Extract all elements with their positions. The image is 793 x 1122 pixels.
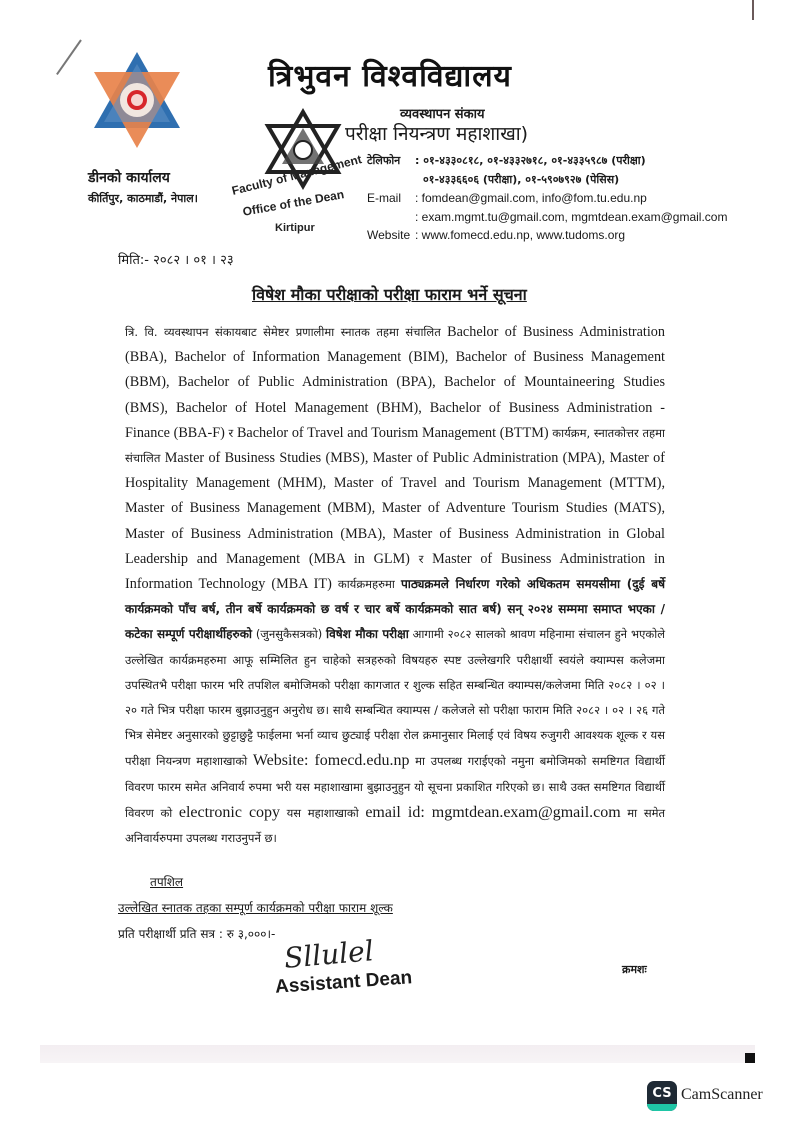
branch-name: परीक्षा नियन्त्रण महाशाखा): [345, 120, 528, 146]
office-address: कीर्तिपुर, काठमाडौं, नेपाल।: [88, 191, 198, 206]
body-segment: (जुनसुकैसत्रको): [256, 627, 322, 641]
annex-subheading: उल्लेखित स्नातक तहका सम्पूर्ण कार्यक्रमक…: [118, 899, 393, 916]
phone-line-2: ०१-४३३६६०६ (परीक्षा), ०१-५९०७९२७ (पेसिस): [415, 171, 727, 190]
email-line-1: : fomdean@gmail.com, info@fom.tu.edu.np: [415, 189, 727, 208]
website-label: Website: [367, 226, 415, 245]
program-bttm: Bachelor of Travel and Tourism Managemen…: [237, 425, 549, 441]
scan-edge-mark: [752, 0, 754, 20]
body-segment: र: [229, 426, 234, 440]
notice-body: त्रि. वि. व्यवस्थापन संकायबाट सेमेष्टर प…: [125, 320, 665, 851]
program-list-master: Master of Business Studies (MBS), Master…: [125, 450, 665, 567]
body-segment: त्रि. वि. व्यवस्थापन संकायबाट सेमेष्टर प…: [125, 325, 441, 339]
scan-shadow: [40, 1045, 755, 1063]
signature: Sllulel: [283, 934, 375, 975]
office-stamp: Faculty of Management Office of the Dean…: [230, 160, 370, 240]
scan-corner-mark: [745, 1053, 755, 1063]
email-line-2: : exam.mgmt.tu@gmail.com, mgmtdean.exam@…: [415, 208, 727, 227]
tu-logo-icon: [92, 50, 182, 150]
website-line: : www.fomecd.edu.np, www.tudoms.org: [415, 226, 727, 245]
office-name: डीनको कार्यालय: [88, 168, 198, 187]
stamp-line-location: Kirtipur: [275, 222, 315, 234]
body-segment: कार्यक्रमहरुमा: [338, 577, 395, 591]
annex-heading: तपशिल: [150, 873, 183, 890]
fee-line: प्रति परीक्षार्थी प्रति सत्र : रु ३,०००।…: [118, 925, 275, 942]
university-name: त्रिभुवन विश्वविद्यालय: [268, 54, 512, 95]
electronic-copy-term: electronic copy: [179, 804, 280, 821]
office-block: डीनको कार्यालय कीर्तिपुर, काठमाडौं, नेपा…: [88, 168, 198, 206]
camscanner-watermark: CamScanner: [681, 1086, 763, 1104]
notice-date: मिति:- २०८२ । ०१ । २३: [118, 250, 234, 268]
phone-label: टेलिफोन: [367, 152, 415, 171]
special-exam-term: विषेश मौका परीक्षा: [326, 627, 409, 641]
email-reference: email id: mgmtdean.exam@gmail.com: [365, 804, 620, 821]
camscanner-logo-icon: CS: [647, 1081, 677, 1111]
continued-marker: क्रमशः: [622, 962, 647, 977]
notice-title: विषेश मौका परीक्षाको परीक्षा फाराम भर्ने…: [252, 283, 527, 305]
email-label: E-mail: [367, 189, 415, 208]
contact-block: टेलिफोन : ०१-४३३०८१८, ०१-४३३२७१८, ०१-४३३…: [367, 152, 727, 245]
body-segment: यस महाशाखाको: [287, 806, 359, 820]
pen-stroke-mark: [56, 39, 82, 75]
website-reference: Website: fomecd.edu.np: [253, 752, 410, 769]
body-segment: र: [419, 552, 424, 566]
phone-line-1: : ०१-४३३०८१८, ०१-४३३२७१८, ०१-४३३५९८७ (पर…: [415, 152, 727, 171]
body-segment: आगामी २०८२ सालको श्रावण महिनामा संचालन ह…: [125, 627, 665, 768]
program-list-bachelor: Bachelor of Business Administration (BBA…: [125, 324, 665, 441]
